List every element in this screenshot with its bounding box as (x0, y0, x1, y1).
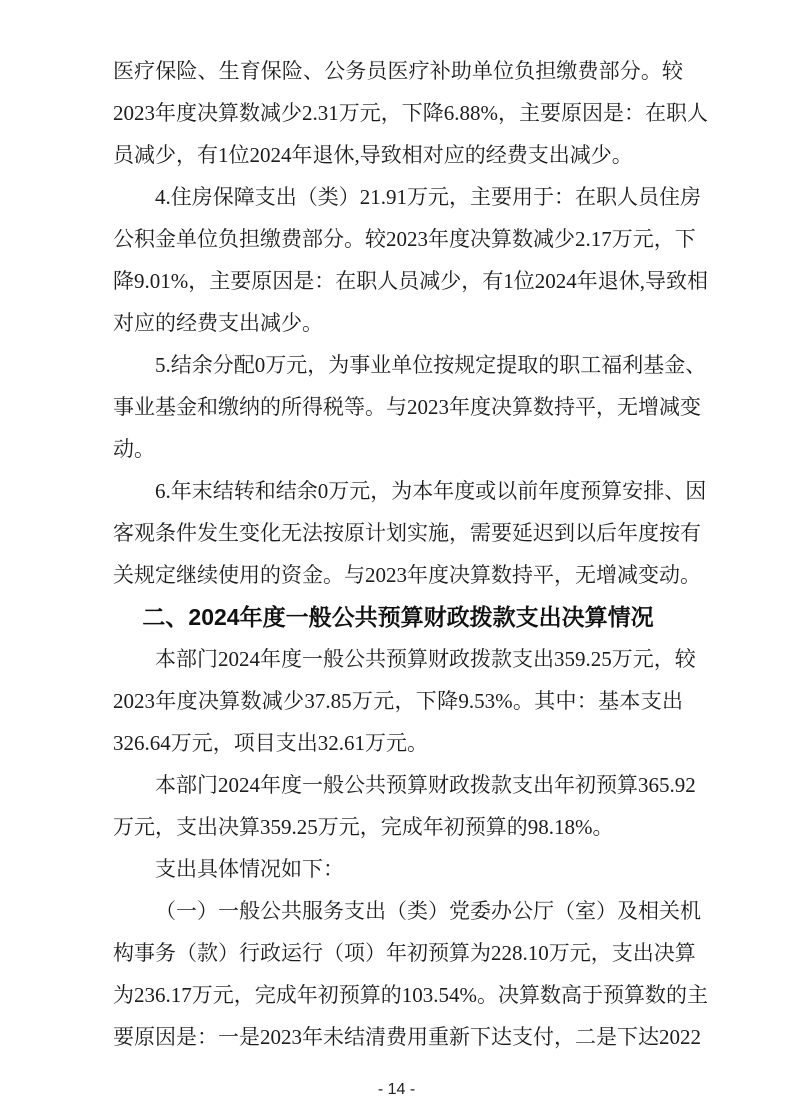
paragraph: 本部门2024年度一般公共预算财政拨款支出359.25万元，较2023年度决算数… (113, 638, 683, 764)
text-line: 支出具体情况如下： (113, 848, 683, 890)
document-body: 医疗保险、生育保险、公务员医疗补助单位负担缴费部分。较2023年度决算数减少2.… (113, 50, 683, 1058)
paragraph: 医疗保险、生育保险、公务员医疗补助单位负担缴费部分。较2023年度决算数减少2.… (113, 50, 683, 176)
text-line: 事业基金和缴纳的所得税等。与2023年度决算数持平，无增减变 (113, 386, 683, 428)
page-number: - 14 - (0, 1081, 793, 1099)
document-page: 医疗保险、生育保险、公务员医疗补助单位负担缴费部分。较2023年度决算数减少2.… (0, 0, 793, 1118)
text-line: 医疗保险、生育保险、公务员医疗补助单位负担缴费部分。较 (113, 50, 683, 92)
text-line: 326.64万元，项目支出32.61万元。 (113, 722, 683, 764)
paragraph: 5.结余分配0万元，为事业单位按规定提取的职工福利基金、事业基金和缴纳的所得税等… (113, 344, 683, 470)
text-line: 本部门2024年度一般公共预算财政拨款支出359.25万元，较 (113, 638, 683, 680)
text-line: 2023年度决算数减少2.31万元，下降6.88%，主要原因是：在职人 (113, 92, 683, 134)
paragraph: 本部门2024年度一般公共预算财政拨款支出年初预算365.92万元，支出决算35… (113, 764, 683, 848)
text-line: 为236.17万元，完成年初预算的103.54%。决算数高于预算数的主 (113, 974, 683, 1016)
section-heading: 二、2024年度一般公共预算财政拨款支出决算情况 (113, 596, 683, 638)
text-line: 万元，支出决算359.25万元，完成年初预算的98.18%。 (113, 806, 683, 848)
text-line: （一）一般公共服务支出（类）党委办公厅（室）及相关机 (113, 890, 683, 932)
text-line: 员减少，有1位2024年退休,导致相对应的经费支出减少。 (113, 134, 683, 176)
text-line: 5.结余分配0万元，为事业单位按规定提取的职工福利基金、 (113, 344, 683, 386)
text-line: 客观条件发生变化无法按原计划实施，需要延迟到以后年度按有 (113, 512, 683, 554)
text-line: 要原因是：一是2023年未结清费用重新下达支付，二是下达2022 (113, 1016, 683, 1058)
text-line: 公积金单位负担缴费部分。较2023年度决算数减少2.17万元，下 (113, 218, 683, 260)
paragraph: 4.住房保障支出（类）21.91万元，主要用于：在职人员住房公积金单位负担缴费部… (113, 176, 683, 344)
text-line: 动。 (113, 428, 683, 470)
text-line: 4.住房保障支出（类）21.91万元，主要用于：在职人员住房 (113, 176, 683, 218)
paragraph: 6.年末结转和结余0万元，为本年度或以前年度预算安排、因客观条件发生变化无法按原… (113, 470, 683, 596)
text-line: 2023年度决算数减少37.85万元，下降9.53%。其中：基本支出 (113, 680, 683, 722)
text-line: 6.年末结转和结余0万元，为本年度或以前年度预算安排、因 (113, 470, 683, 512)
paragraph: 支出具体情况如下： (113, 848, 683, 890)
text-line: 本部门2024年度一般公共预算财政拨款支出年初预算365.92 (113, 764, 683, 806)
text-line: 关规定继续使用的资金。与2023年度决算数持平，无增减变动。 (113, 554, 683, 596)
text-line: 对应的经费支出减少。 (113, 302, 683, 344)
paragraph: （一）一般公共服务支出（类）党委办公厅（室）及相关机构事务（款）行政运行（项）年… (113, 890, 683, 1058)
text-line: 构事务（款）行政运行（项）年初预算为228.10万元，支出决算 (113, 932, 683, 974)
text-line: 降9.01%，主要原因是：在职人员减少，有1位2024年退休,导致相 (113, 260, 683, 302)
